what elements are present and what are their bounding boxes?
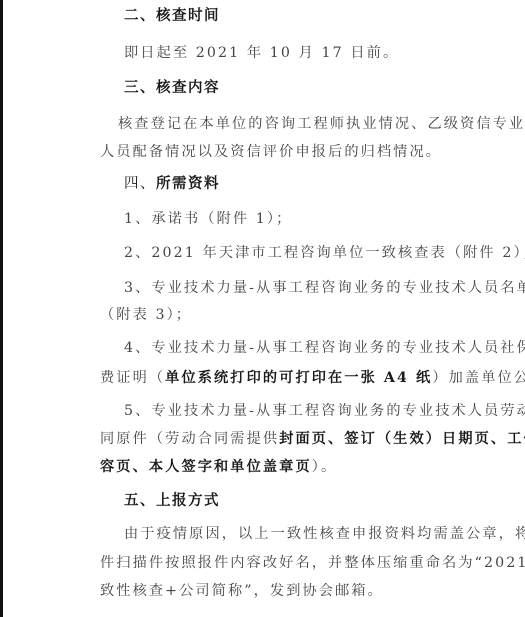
section-heading-content: 三、核查内容 <box>124 79 220 97</box>
list-item-3-line1: 3、专业技术力量-从事工程咨询业务的专业技术人员名单 <box>124 279 525 297</box>
section-heading-submission: 五、上报方式 <box>124 492 220 510</box>
left-border <box>0 0 3 617</box>
text: ）加盖单位公章； <box>432 370 525 386</box>
section-body-submission-line2: 件扫描件按照报件内容改好名，并整体压缩重命名为“2021 年一 <box>100 554 525 572</box>
bold-text: 封面页、签订（生效）日期页、工作内 <box>279 431 525 447</box>
text: 同原件（劳动合同需提供 <box>100 431 279 447</box>
list-item-4-line1: 4、专业技术力量-从事工程咨询业务的专业技术人员社保缴 <box>124 339 525 357</box>
text: 费证明（ <box>100 370 165 386</box>
list-item-5-line3: 容页、本人签字和单位盖章页）。 <box>100 458 337 476</box>
bold-text: 单位系统打印的可打印在一张 A4 纸 <box>165 370 432 386</box>
section-heading-time: 二、核查时间 <box>124 7 220 25</box>
section-body-submission-line3: 致性核查+公司简称”，发到协会邮箱。 <box>100 582 384 600</box>
section-body-time: 即日起至 2021 年 10 月 17 日前。 <box>124 44 399 62</box>
heading-prefix: 四、 <box>124 176 156 192</box>
section-heading-materials: 四、所需资料 <box>124 175 220 193</box>
text: ）。 <box>312 459 337 475</box>
bold-text: 容页、本人签字和单位盖章页 <box>100 459 312 475</box>
list-item-3-line2: （附表 3）； <box>100 306 192 324</box>
section-body-content-line2: 人员配备情况以及资信评价申报后的归档情况。 <box>100 143 442 161</box>
section-body-content-line1: 核查登记在本单位的咨询工程师执业情况、乙级资信专业技术 <box>118 115 525 133</box>
list-item-4-line2: 费证明（单位系统打印的可打印在一张 A4 纸）加盖单位公章； <box>100 369 525 387</box>
list-item-5-line1: 5、专业技术力量-从事工程咨询业务的专业技术人员劳动合 <box>124 402 525 420</box>
heading-text: 所需资料 <box>156 175 220 192</box>
section-body-submission-line1: 由于疫情原因，以上一致性核查申报资料均需盖公章，将原 <box>124 525 525 543</box>
list-item-1: 1、承诺书（附件 1）； <box>124 210 292 228</box>
list-item-5-line2: 同原件（劳动合同需提供封面页、签订（生效）日期页、工作内 <box>100 430 525 448</box>
list-item-2: 2、2021 年天津市工程咨询单位一致核查表（附件 2）； <box>124 244 525 262</box>
